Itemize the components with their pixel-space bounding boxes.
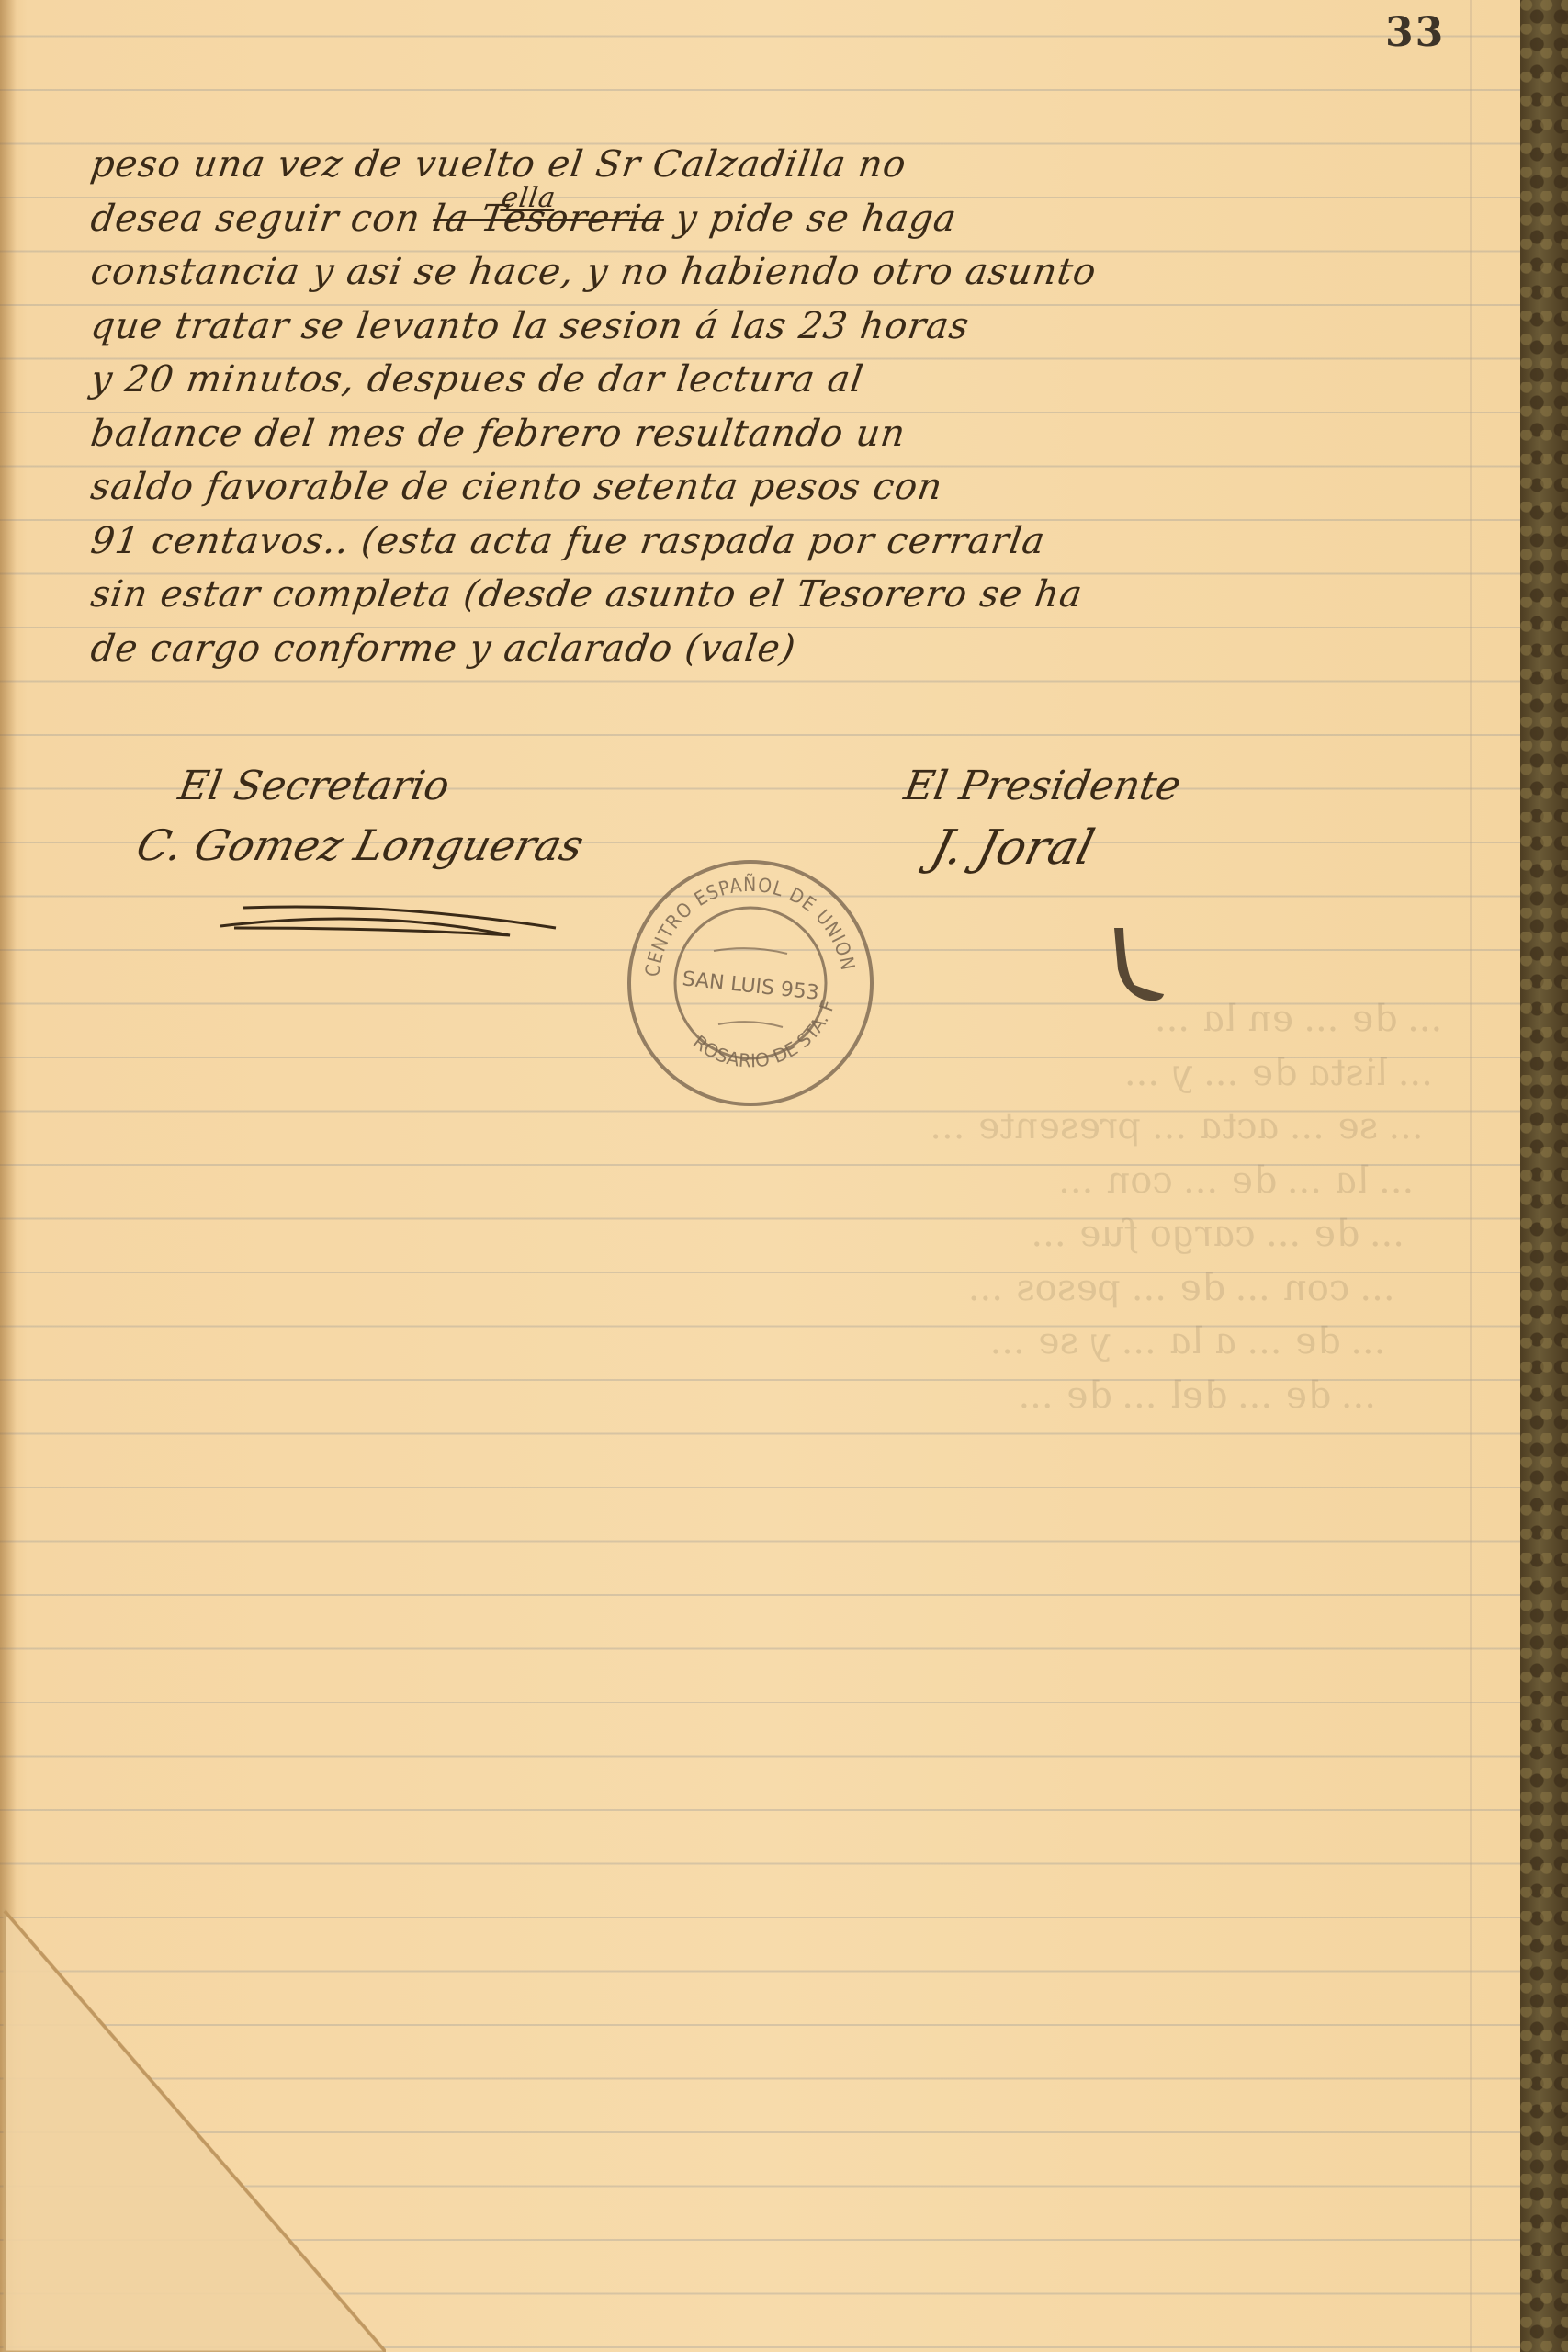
handwritten-line: que tratar se levanto la sesion á las 23… bbox=[87, 300, 1491, 354]
secretary-signature: C. Gomez Longueras bbox=[131, 820, 589, 870]
minutes-text: peso una vez de vuelto el Sr Calzadilla … bbox=[87, 138, 1483, 675]
president-signature-block: El Presidente J. Joral bbox=[905, 763, 1180, 876]
bleed-line: ... de ... a la ... y se ... bbox=[96, 1315, 1392, 1369]
ledger-page: 33 ... de ... en la ... ... lista de ...… bbox=[0, 0, 1525, 2352]
handwritten-line-with-correction: desea seguir con la Tesoreriaella y pide… bbox=[87, 192, 1491, 246]
bleed-line: ... de ... del ... de ... bbox=[87, 1369, 1382, 1423]
line-text: y pide se haga bbox=[660, 198, 960, 240]
line-text: desea seguir con bbox=[88, 198, 436, 240]
secretary-signature-block: El Secretario C. Gomez Longueras bbox=[179, 763, 582, 870]
handwritten-line: peso una vez de vuelto el Sr Calzadilla … bbox=[87, 138, 1491, 192]
inserted-correction: ella bbox=[500, 182, 558, 214]
secretary-title: El Secretario bbox=[175, 763, 587, 809]
president-signature: J. Joral bbox=[926, 820, 1188, 876]
bleed-line: ... la ... de ... con ... bbox=[125, 1154, 1420, 1208]
handwritten-line: constancia y asi se hace, y no habiendo … bbox=[87, 245, 1491, 300]
bleed-line: ... de ... cargo fue ... bbox=[116, 1207, 1411, 1261]
svg-text:SAN LUIS 953: SAN LUIS 953 bbox=[681, 967, 819, 1004]
handwritten-line: balance del mes de febrero resultando un bbox=[87, 407, 1491, 461]
bleed-line: ... con ... de ... pesos ... bbox=[106, 1261, 1401, 1316]
handwritten-line: de cargo conforme y aclarado (vale) bbox=[87, 622, 1491, 676]
association-stamp: CENTRO ESPAÑOL DE UNION REPUBLICANA ROSA… bbox=[622, 854, 879, 1112]
handwritten-line: y 20 minutos, despues de dar lectura al bbox=[87, 353, 1491, 407]
president-title: El Presidente bbox=[901, 763, 1185, 809]
folded-page-corner bbox=[0, 1865, 386, 2352]
signature-flourish-icon bbox=[207, 900, 592, 937]
book-cover-edge bbox=[1520, 0, 1568, 2352]
handwritten-line: 91 centavos.. (esta acta fue raspada por… bbox=[87, 514, 1491, 569]
circular-stamp-icon: CENTRO ESPAÑOL DE UNION REPUBLICANA ROSA… bbox=[622, 854, 879, 1112]
handwritten-line: sin estar completa (desde asunto el Teso… bbox=[87, 568, 1491, 622]
svg-text:CENTRO ESPAÑOL DE UNION REPUBL: CENTRO ESPAÑOL DE UNION REPUBLICANA bbox=[622, 854, 860, 978]
page-number: 33 bbox=[1385, 9, 1445, 56]
handwritten-line: saldo favorable de ciento setenta pesos … bbox=[87, 460, 1491, 514]
ink-blot-icon bbox=[1107, 928, 1180, 1011]
